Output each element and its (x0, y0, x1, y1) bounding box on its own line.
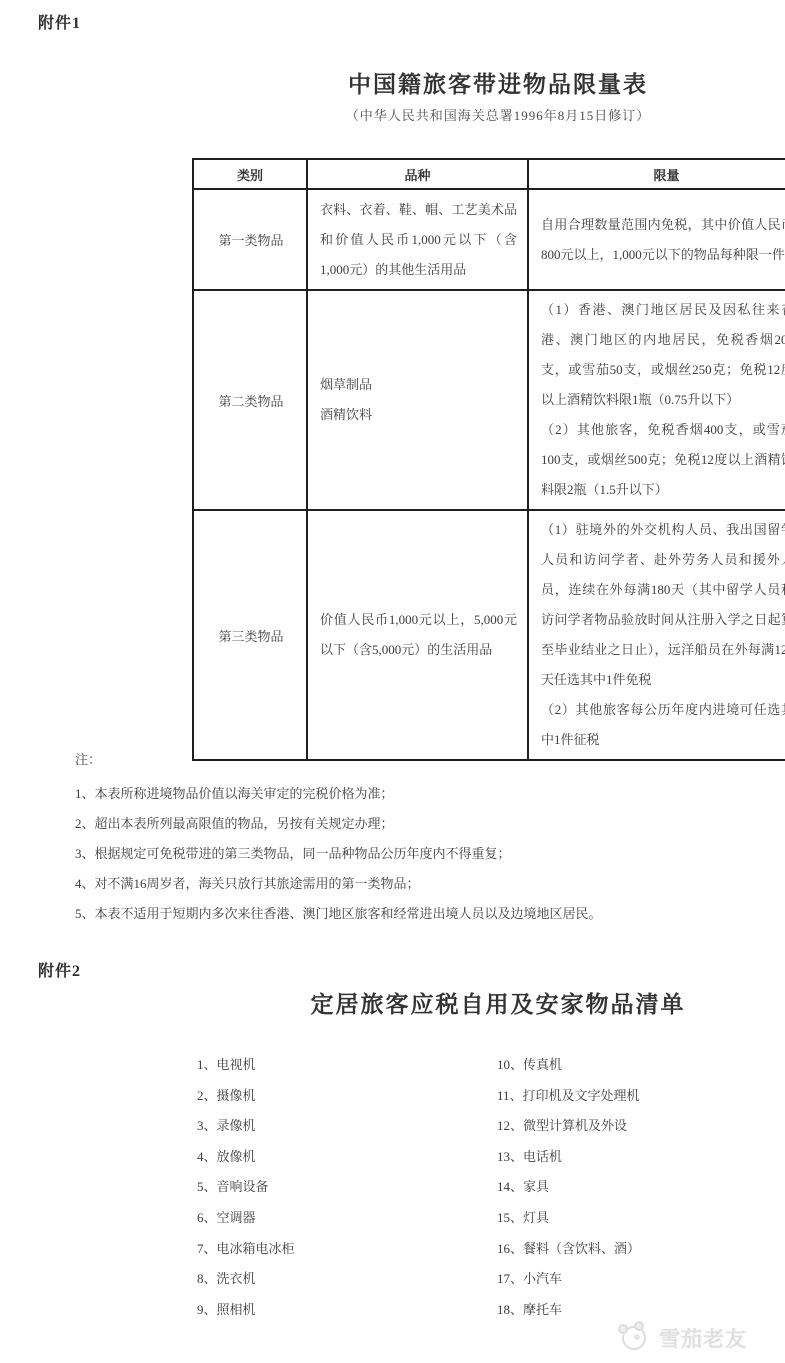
cell-category-1: 第一类物品 (193, 189, 307, 290)
note-item-5: 5、本表不适用于短期内多次来往香港、澳门地区旅客和经常进出境人员以及边境地区居民… (75, 899, 715, 929)
cell-limit-1: 自用合理数量范围内免税，其中价值人民币800元以上，1,000元以下的物品每种限… (528, 189, 785, 290)
list-item: 2、摄像机 (197, 1081, 487, 1112)
list-item: 6、空调器 (197, 1203, 487, 1234)
list-item: 4、放像机 (197, 1142, 487, 1173)
cell-category-2: 第二类物品 (193, 290, 307, 510)
document-page: 附件1 中国籍旅客带进物品限量表 （中华人民共和国海关总署1996年8月15日修… (0, 0, 785, 1363)
attachment2-label: 附件2 (38, 958, 81, 981)
list-item: 12、微型计算机及外设 (497, 1111, 777, 1142)
cell-limit-3: （1）驻境外的外交机构人员、我出国留学人员和访问学者、赴外劳务人员和援外人员，连… (528, 510, 785, 760)
col-header-variety: 品种 (307, 159, 528, 189)
doc1-subtitle: （中华人民共和国海关总署1996年8月15日修订） (192, 105, 785, 124)
cell-limit-2: （1）香港、澳门地区居民及因私往来香港、澳门地区的内地居民，免税香烟200支，或… (528, 290, 785, 510)
doc2-list-right-column: 10、传真机 11、打印机及文字处理机 12、微型计算机及外设 13、电话机 1… (497, 1050, 777, 1325)
list-item: 3、录像机 (197, 1111, 487, 1142)
list-item: 5、音响设备 (197, 1172, 487, 1203)
cell-category-3: 第三类物品 (193, 510, 307, 760)
list-item: 7、电冰箱电冰柜 (197, 1234, 487, 1265)
table-row: 第二类物品 烟草制品 酒精饮料 （1）香港、澳门地区居民及因私往来香港、澳门地区… (193, 290, 785, 510)
notes-label: 注： (75, 745, 715, 775)
table-row: 第一类物品 衣料、衣着、鞋、帽、工艺美术品和价值人民币1,000元以下（含1,0… (193, 189, 785, 290)
list-item: 9、照相机 (197, 1295, 487, 1326)
col-header-limit: 限量 (528, 159, 785, 189)
watermark: 雪茄老友 (612, 1318, 782, 1358)
list-item: 8、洗衣机 (197, 1264, 487, 1295)
list-item: 15、灯具 (497, 1203, 777, 1234)
list-item: 17、小汽车 (497, 1264, 777, 1295)
watermark-text: 雪茄老友 (659, 1323, 747, 1353)
panda-face-icon (612, 1320, 652, 1357)
list-item: 1、电视机 (197, 1050, 487, 1081)
col-header-category: 类别 (193, 159, 307, 189)
table-header-row: 类别 品种 限量 (193, 159, 785, 189)
cell-variety-1: 衣料、衣着、鞋、帽、工艺美术品和价值人民币1,000元以下（含1,000元）的其… (307, 189, 528, 290)
notes-section: 注： 1、本表所称进境物品价值以海关审定的完税价格为准； 2、超出本表所列最高限… (75, 745, 715, 929)
attachment1-label: 附件1 (38, 10, 81, 33)
list-item: 16、餐料（含饮料、酒） (497, 1234, 777, 1265)
doc1-title: 中国籍旅客带进物品限量表 (192, 66, 785, 99)
list-item: 11、打印机及文字处理机 (497, 1081, 777, 1112)
limits-table: 类别 品种 限量 第一类物品 衣料、衣着、鞋、帽、工艺美术品和价值人民币1,00… (192, 158, 785, 761)
doc2-list-left-column: 1、电视机 2、摄像机 3、录像机 4、放像机 5、音响设备 6、空调器 7、电… (197, 1050, 487, 1325)
list-item: 13、电话机 (497, 1142, 777, 1173)
cell-variety-2: 烟草制品 酒精饮料 (307, 290, 528, 510)
note-item-1: 1、本表所称进境物品价值以海关审定的完税价格为准； (75, 779, 715, 809)
doc2-title: 定居旅客应税自用及安家物品清单 (100, 986, 785, 1019)
list-item: 10、传真机 (497, 1050, 777, 1081)
cell-variety-3: 价值人民币1,000元以上，5,000元以下（含5,000元）的生活用品 (307, 510, 528, 760)
note-item-4: 4、对不满16周岁者，海关只放行其旅途需用的第一类物品； (75, 869, 715, 899)
note-item-2: 2、超出本表所列最高限值的物品，另按有关规定办理； (75, 809, 715, 839)
note-item-3: 3、根据规定可免税带进的第三类物品，同一品种物品公历年度内不得重复； (75, 839, 715, 869)
table-row: 第三类物品 价值人民币1,000元以上，5,000元以下（含5,000元）的生活… (193, 510, 785, 760)
list-item: 14、家具 (497, 1172, 777, 1203)
